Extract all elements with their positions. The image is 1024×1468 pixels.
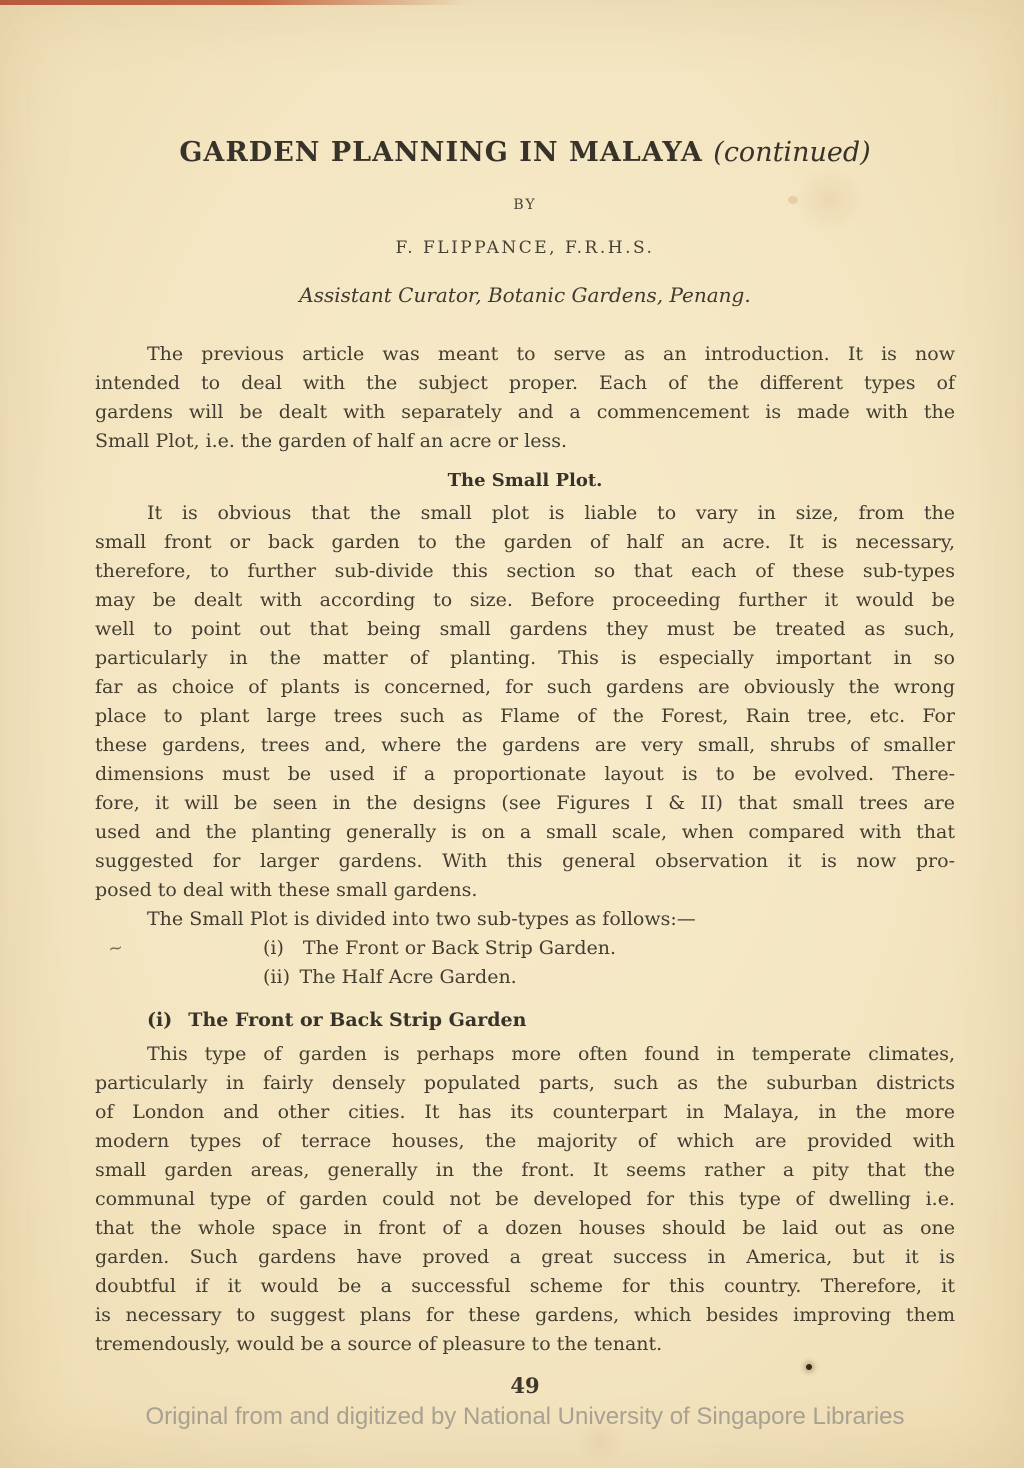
text-line: that the whole space in front of a dozen… <box>95 1214 955 1243</box>
list-item: (i) The Front or Back Strip Garden. <box>95 934 955 963</box>
paragraph: It is obvious that the small plot is lia… <box>95 499 955 905</box>
text-line: small garden areas, generally in the fro… <box>95 1156 955 1185</box>
text-line: tremendously, would be a source of pleas… <box>95 1330 955 1359</box>
text-line: The previous article was meant to serve … <box>95 340 955 369</box>
text-line: particularly in fairly densely populated… <box>95 1069 955 1098</box>
ink-speck-artifact <box>806 1364 812 1370</box>
text-line: modern types of terrace houses, the majo… <box>95 1127 955 1156</box>
text-line: particularly in the matter of planting. … <box>95 644 955 673</box>
paragraph: This type of garden is perhaps more ofte… <box>95 1040 955 1359</box>
text-line: posed to deal with these small gardens. <box>95 876 955 905</box>
byline-label: BY <box>95 197 955 213</box>
text-line: fore, it will be seen in the designs (se… <box>95 789 955 818</box>
text-line: communal type of garden could not be dev… <box>95 1185 955 1214</box>
text-line: suggested for larger gardens. With this … <box>95 847 955 876</box>
text-line: well to point out that being small garde… <box>95 615 955 644</box>
article-title: GARDEN PLANNING IN MALAYA (continued) <box>95 136 955 170</box>
text-line: garden. Such gardens have proved a great… <box>95 1243 955 1272</box>
text-line: is necessary to suggest plans for these … <box>95 1301 955 1330</box>
page-number: 49 <box>95 1373 955 1399</box>
document-page: GARDEN PLANNING IN MALAYA (continued) BY… <box>0 0 1024 1468</box>
text-line: doubtful if it would be a successful sch… <box>95 1272 955 1301</box>
text-line: dimensions must be used if a proportiona… <box>95 760 955 789</box>
text-line: of London and other cities. It has its c… <box>95 1098 955 1127</box>
digitization-watermark: Original from and digitized by National … <box>95 1402 955 1432</box>
text-line: place to plant large trees such as Flame… <box>95 702 955 731</box>
text-line: intended to deal with the subject proper… <box>95 369 955 398</box>
text-line: small front or back garden to the garden… <box>95 528 955 557</box>
text-line: This type of garden is perhaps more ofte… <box>95 1040 955 1069</box>
paragraph: The previous article was meant to serve … <box>95 340 955 456</box>
paragraph: The Small Plot is divided into two sub-t… <box>95 905 955 934</box>
text-line: Small Plot, i.e. the garden of half an a… <box>95 427 955 456</box>
text-line: far as choice of plants is concerned, fo… <box>95 673 955 702</box>
scan-edge-artifact <box>0 0 468 5</box>
article-title-main: GARDEN PLANNING IN MALAYA <box>179 137 703 168</box>
subsection-heading: (i) The Front or Back Strip Garden <box>95 1007 955 1033</box>
article-body: The previous article was meant to serve … <box>95 340 955 1359</box>
list-item: (ii) The Half Acre Garden. <box>95 963 955 992</box>
pencil-mark-artifact: ~ <box>107 937 125 960</box>
author-affiliation: Assistant Curator, Botanic Gardens, Pena… <box>95 283 955 308</box>
section-heading: The Small Plot. <box>95 469 955 493</box>
text-line: these gardens, trees and, where the gard… <box>95 731 955 760</box>
author-name: F. FLIPPANCE, F.R.H.S. <box>95 238 955 258</box>
article-title-continued: (continued) <box>713 137 870 168</box>
text-line: used and the planting generally is on a … <box>95 818 955 847</box>
paper-foxing-spot <box>788 196 798 204</box>
text-line: The Small Plot is divided into two sub-t… <box>95 905 955 934</box>
text-line: gardens will be dealt with separately an… <box>95 398 955 427</box>
text-line: may be dealt with according to size. Bef… <box>95 586 955 615</box>
text-line: It is obvious that the small plot is lia… <box>95 499 955 528</box>
text-line: therefore, to further sub-divide this se… <box>95 557 955 586</box>
